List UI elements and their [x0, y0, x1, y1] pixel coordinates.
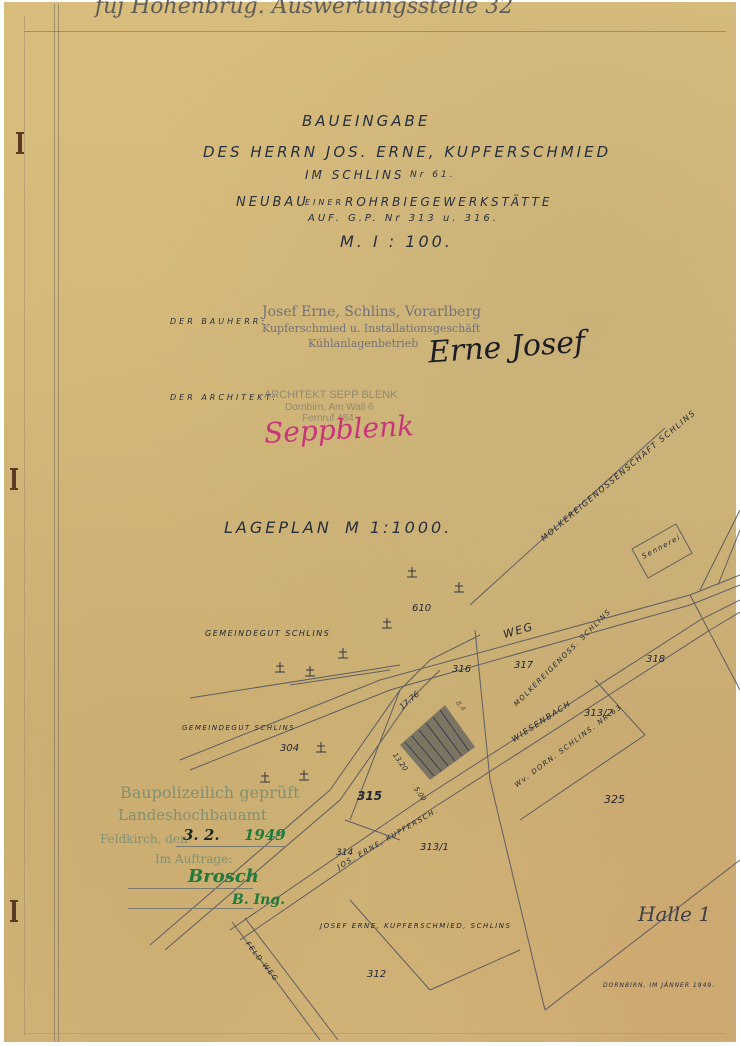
parcel-313-1: 313/1 — [420, 842, 449, 853]
parcel-314: 314 — [336, 848, 353, 858]
approval-stamp-line4: Im Auftrage: — [155, 852, 232, 866]
parcel-317: 317 — [514, 660, 533, 671]
approval-stamp-line2: Landeshochbauamt — [118, 806, 267, 824]
label-gemeindegut-lower: GEMEINDEGUT SCHLINS — [182, 724, 295, 732]
signature-underline — [128, 888, 253, 889]
approval-stamp-line1: Baupolizeilich geprüft — [120, 783, 300, 802]
date-underline — [176, 846, 286, 847]
parcel-304: 304 — [280, 743, 299, 754]
parcel-318: 318 — [646, 654, 665, 665]
approval-date: 3. 2. — [183, 826, 220, 844]
approval-signature-2: B. Ing. — [232, 892, 285, 908]
approval-signature: Brosch — [188, 866, 259, 887]
parcel-313-2: 313/2 — [584, 708, 613, 719]
parcel-316: 316 — [452, 664, 471, 675]
place-and-date: DORNBIRN, IM JÄNNER 1949. — [603, 982, 715, 989]
label-josef-erne: JOSEF ERNE, KUPFERSCHMIED, SCHLINS — [320, 922, 511, 930]
signature-underline-2 — [128, 908, 253, 909]
label-gemeindegut-upper: GEMEINDEGUT SCHLINS — [205, 629, 330, 638]
new-building-footprint — [400, 705, 475, 780]
pencil-note-halle: Halle 1 — [638, 902, 711, 926]
site-plan-map — [0, 0, 740, 1046]
parcel-610: 610 — [412, 603, 431, 614]
approval-year: 1949 — [244, 826, 286, 844]
parcel-312: 312 — [367, 969, 386, 980]
parcel-315: 315 — [357, 789, 382, 803]
approval-stamp-line3: Feldkirch, den — [100, 832, 188, 846]
parcel-325: 325 — [604, 793, 625, 806]
